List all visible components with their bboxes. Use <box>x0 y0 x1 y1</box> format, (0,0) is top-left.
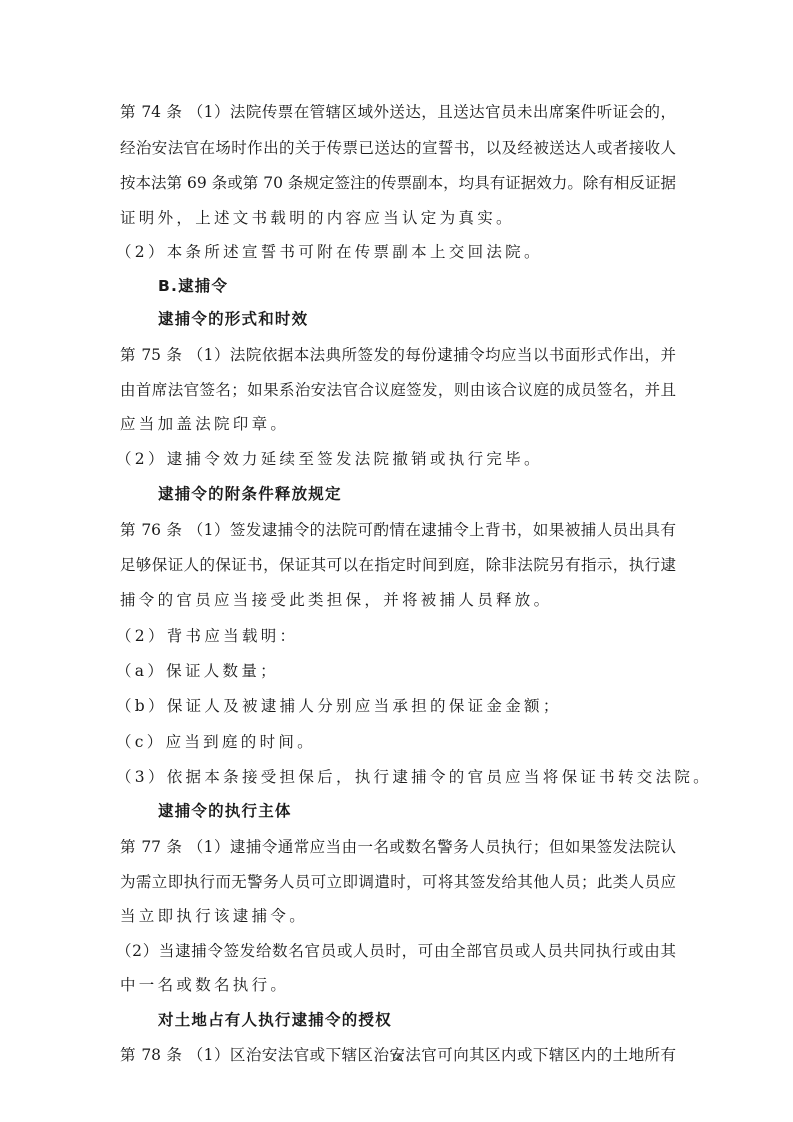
section-heading: B.逮捕令 <box>158 276 228 296</box>
text-line: 第 77 条 （1）逮捕令通常应当由一名或数名警务人员执行；但如果签发法院认 <box>120 837 676 857</box>
text-line: （c）应当到庭的时间。 <box>116 732 316 752</box>
page-number: 18 <box>0 1050 793 1065</box>
text-line: 为需立即执行而无警务人员可立即调遣时，可将其签发给其他人员；此类人员应 <box>120 872 676 892</box>
text-line: （2）本条所述宣誓书可附在传票副本上交回法院。 <box>116 242 543 262</box>
text-line: 捕令的官员应当接受此类担保，并将被捕人员释放。 <box>120 590 552 610</box>
text-line: （a）保证人数量； <box>116 661 279 681</box>
text-line: （b）保证人及被逮捕人分别应当承担的保证金金额； <box>116 696 562 716</box>
section-heading: 对土地占有人执行逮捕令的授权 <box>158 1010 392 1030</box>
text-line: 第 74 条 （1）法院传票在管辖区域外送达，且送达官员未出席案件听证会的， <box>120 102 676 122</box>
text-line: 由首席法官签名；如果系治安法官合议庭签发，则由该合议庭的成员签名，并且 <box>120 380 676 400</box>
text-line: 按本法第 69 条或第 70 条规定签注的传票副本，均具有证据效力。除有相反证据 <box>120 173 676 193</box>
text-line: （2）背书应当载明： <box>116 626 298 646</box>
text-line: （3）依据本条接受担保后，执行逮捕令的官员应当将保证书转交法院。 <box>116 767 712 787</box>
text-line: 证明外，上述文书载明的内容应当认定为真实。 <box>120 208 515 228</box>
text-line: 足够保证人的保证书，保证其可以在指定时间到庭，除非法院另有指示，执行逮 <box>120 555 676 575</box>
section-heading: 逮捕令的形式和时效 <box>158 309 308 329</box>
text-line: 应当加盖法院印章。 <box>120 414 289 434</box>
text-line: （2）当逮捕令签发给数名官员或人员时，可由全部官员或人员共同执行或由其 <box>116 941 676 961</box>
text-line: 第 76 条 （1）签发逮捕令的法院可酌情在逮捕令上背书，如果被捕人员出具有 <box>120 520 676 540</box>
text-line: 当立即执行该逮捕令。 <box>120 906 308 926</box>
text-line: 第 75 条 （1）法院依据本法典所签发的每份逮捕令均应当以书面形式作出，并 <box>120 345 676 365</box>
text-line: 经治安法官在场时作出的关于传票已送达的宣誓书，以及经被送达人或者接收人 <box>120 138 676 158</box>
section-heading: 逮捕令的附条件释放规定 <box>158 484 342 504</box>
text-line: 中一名或数名执行。 <box>120 975 289 995</box>
text-line: （2）逮捕令效力延续至签发法院撤销或执行完毕。 <box>116 449 543 469</box>
section-heading: 逮捕令的执行主体 <box>158 801 292 821</box>
